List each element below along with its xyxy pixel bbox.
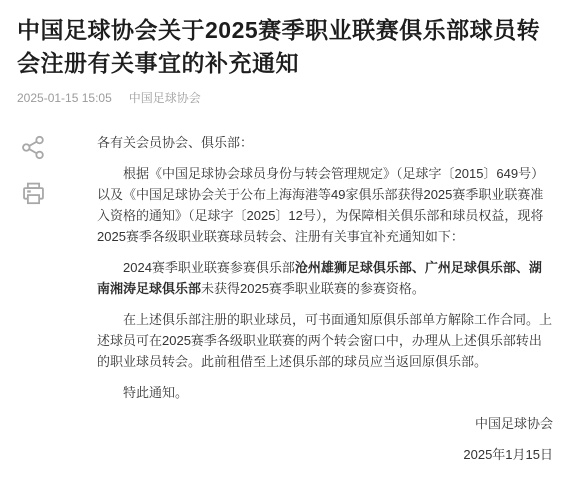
paragraph-clubs: 2024赛季职业联赛参赛俱乐部沧州雄狮足球俱乐部、广州足球俱乐部、湖南湘涛足球俱… <box>97 257 553 299</box>
paragraph-players: 在上述俱乐部注册的职业球员，可书面通知原俱乐部单方解除工作合同。上述球员可在20… <box>97 309 553 372</box>
printer-icon <box>20 180 47 207</box>
paragraph-basis: 根据《中国足球协会球员身份与转会管理规定》（足球字〔2015〕649号）以及《中… <box>97 163 553 247</box>
share-icon <box>20 134 47 161</box>
article-header: 中国足球协会关于2025赛季职业联赛俱乐部球员转会注册有关事宜的补充通知 202… <box>0 0 570 106</box>
publish-timestamp: 2025-01-15 15:05 <box>17 90 112 106</box>
article-content: 各有关会员协会、俱乐部： 根据《中国足球协会球员身份与转会管理规定》（足球字〔2… <box>0 132 570 465</box>
action-rail <box>20 134 47 207</box>
paragraph-clubs-suffix: 未获得2025赛季职业联赛的参赛资格。 <box>201 281 425 296</box>
print-button[interactable] <box>20 180 47 207</box>
signature-org: 中国足球协会 <box>97 413 553 434</box>
signature-date: 2025年1月15日 <box>97 444 553 465</box>
share-button[interactable] <box>20 134 47 161</box>
paragraph-clubs-prefix: 2024赛季职业联赛参赛俱乐部 <box>123 260 295 275</box>
article-source: 中国足球协会 <box>129 90 201 106</box>
page-title: 中国足球协会关于2025赛季职业联赛俱乐部球员转会注册有关事宜的补充通知 <box>17 14 555 80</box>
article-page: 中国足球协会关于2025赛季职业联赛俱乐部球员转会注册有关事宜的补充通知 202… <box>0 0 570 500</box>
document-body: 各有关会员协会、俱乐部： 根据《中国足球协会球员身份与转会管理规定》（足球字〔2… <box>0 132 570 465</box>
closing-line: 特此通知。 <box>97 382 553 403</box>
article-meta: 2025-01-15 15:05 中国足球协会 <box>17 90 555 106</box>
salutation: 各有关会员协会、俱乐部： <box>97 132 553 153</box>
